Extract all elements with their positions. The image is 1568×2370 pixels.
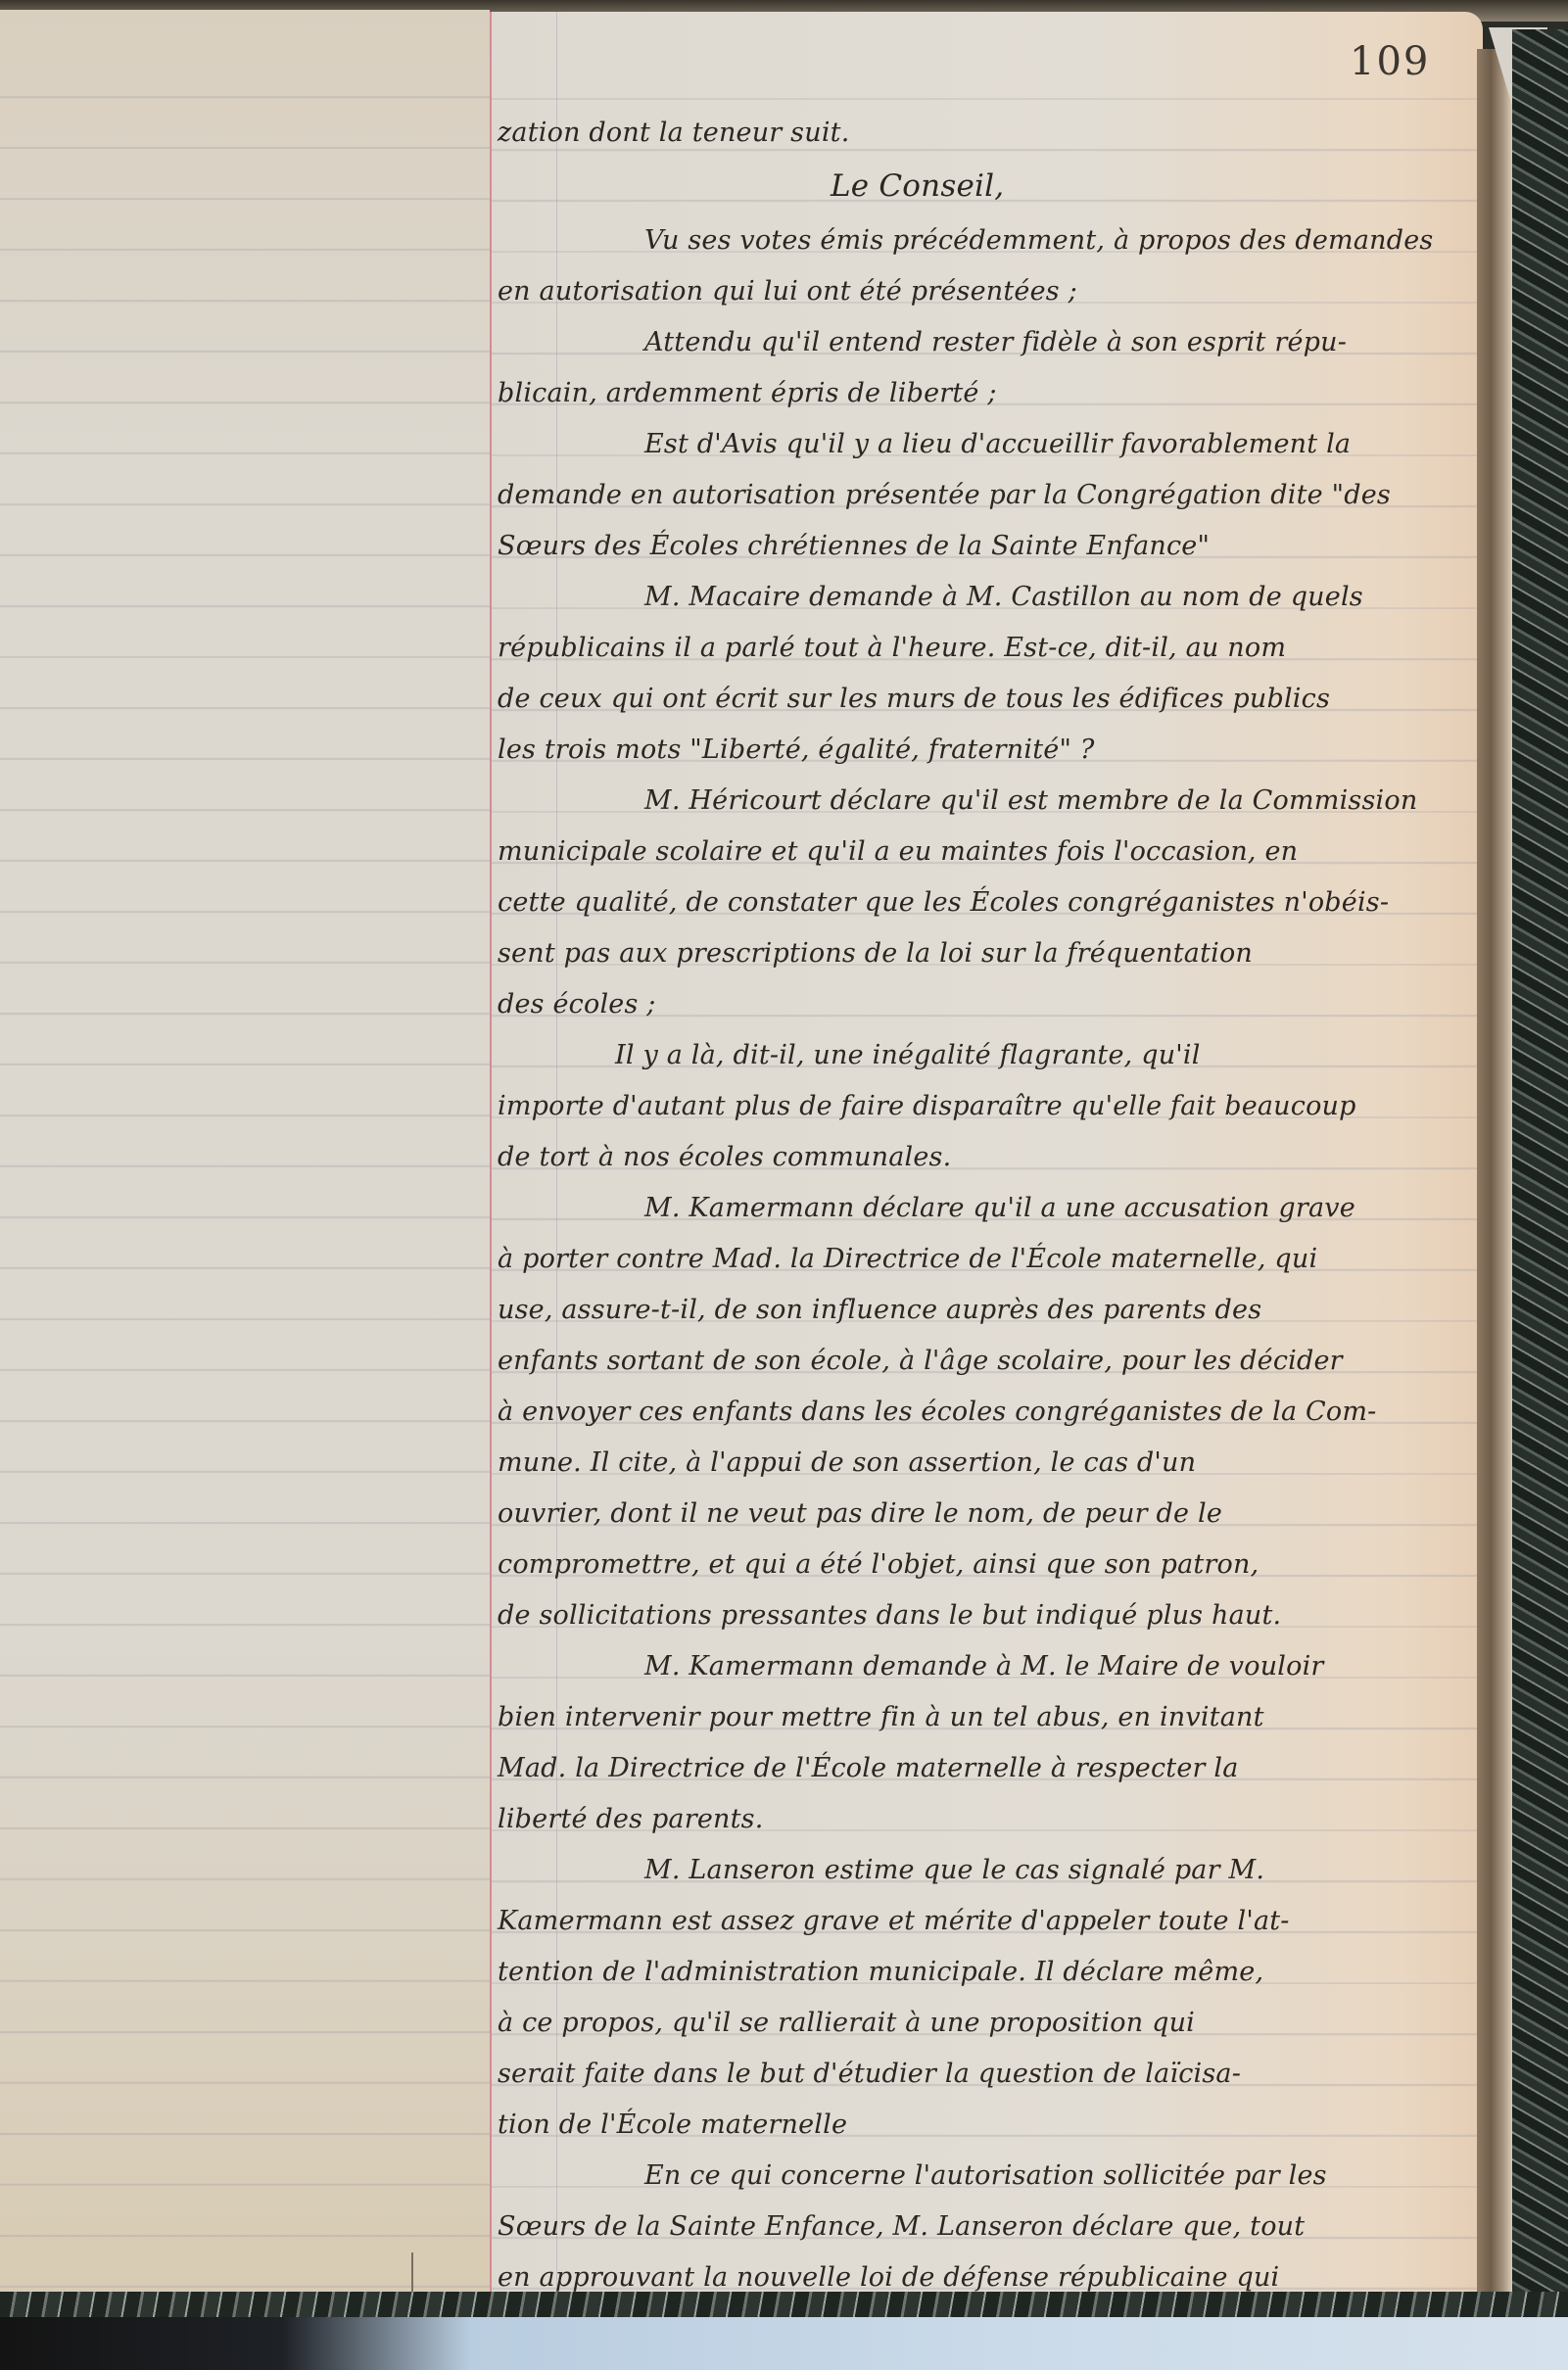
marbled-cover-bottom: [0, 2292, 1568, 2317]
text-line: en autorisation qui lui ont été présenté…: [498, 276, 1077, 307]
text-line: Attendu qu'il entend rester fidèle à son…: [644, 327, 1347, 357]
red-margin-rule: [490, 12, 492, 2294]
text-line: M. Kamermann demande à M. le Maire de vo…: [644, 1651, 1324, 1682]
marbled-cover-edge: [1512, 29, 1568, 2321]
text-line: liberté des parents.: [498, 1804, 764, 1834]
text-line: Vu ses votes émis précédemment, à propos…: [644, 225, 1433, 256]
text-line: à ce propos, qu'il se rallierait à une p…: [498, 2008, 1195, 2038]
text-line: compromettre, et qui a été l'objet, ains…: [498, 1549, 1259, 1580]
text-line: en approuvant la nouvelle loi de défense…: [498, 2262, 1279, 2293]
text-line: les trois mots "Liberté, égalité, frater…: [498, 735, 1095, 765]
page-stack-edges: [1477, 49, 1512, 2292]
text-line: importe d'autant plus de faire disparaît…: [498, 1091, 1356, 1121]
text-line: Est d'Avis qu'il y a lieu d'accueillir f…: [644, 429, 1351, 459]
text-line: tion de l'École maternelle: [498, 2109, 847, 2140]
text-line: zation dont la teneur suit.: [498, 118, 850, 148]
text-line: tention de l'administration municipale. …: [498, 1957, 1263, 1987]
open-register-book: 109 zation dont la teneur suit.Le Consei…: [0, 0, 1568, 2370]
text-line: municipale scolaire et qu'il a eu mainte…: [498, 836, 1298, 867]
text-line: mune. Il cite, à l'appui de son assertio…: [498, 1447, 1196, 1478]
page-number: 109: [1350, 39, 1430, 84]
text-line: Sœurs de la Sainte Enfance, M. Lanseron …: [498, 2211, 1305, 2242]
text-line: cette qualité, de constater que les Écol…: [498, 887, 1389, 918]
text-line: Kamermann est assez grave et mérite d'ap…: [498, 1906, 1290, 1936]
text-line: de sollicitations pressantes dans le but…: [498, 1600, 1281, 1631]
text-line: républicains il a parlé tout à l'heure. …: [498, 633, 1286, 663]
left-page-rules: [0, 10, 490, 2299]
text-line: M. Héricourt déclare qu'il est membre de…: [644, 785, 1417, 816]
text-line: Sœurs des Écoles chrétiennes de la Saint…: [498, 531, 1210, 561]
table-surface: [0, 2317, 1568, 2370]
text-line: serait faite dans le but d'étudier la qu…: [498, 2059, 1241, 2089]
text-line: à porter contre Mad. la Directrice de l'…: [498, 1244, 1317, 1274]
text-line: Il y a là, dit-il, une inégalité flagran…: [615, 1040, 1201, 1070]
text-line: sent pas aux prescriptions de la loi sur…: [498, 938, 1253, 969]
text-line: Mad. la Directrice de l'École maternelle…: [498, 1753, 1239, 1783]
text-line: M. Lanseron estime que le cas signalé pa…: [644, 1855, 1264, 1885]
text-line: demande en autorisation présentée par la…: [498, 480, 1391, 510]
left-page-blank: [0, 10, 490, 2299]
text-line: blicain, ardemment épris de liberté ;: [498, 378, 997, 408]
text-line: M. Kamermann déclare qu'il a une accusat…: [644, 1193, 1355, 1223]
text-line: ouvrier, dont il ne veut pas dire le nom…: [498, 1498, 1222, 1529]
text-line: M. Macaire demande à M. Castillon au nom…: [644, 582, 1363, 612]
text-line: use, assure-t-il, de son influence auprè…: [498, 1295, 1261, 1325]
text-line: des écoles ;: [498, 989, 656, 1019]
text-line: enfants sortant de son école, à l'âge sc…: [498, 1346, 1343, 1376]
text-line: de tort à nos écoles communales.: [498, 1142, 951, 1172]
text-line: à envoyer ces enfants dans les écoles co…: [498, 1397, 1376, 1427]
text-line: bien intervenir pour mettre fin à un tel…: [498, 1702, 1264, 1732]
text-line: Le Conseil,: [831, 168, 1004, 204]
text-line: de ceux qui ont écrit sur les murs de to…: [498, 684, 1330, 714]
text-line: En ce qui concerne l'autorisation sollic…: [644, 2160, 1327, 2191]
